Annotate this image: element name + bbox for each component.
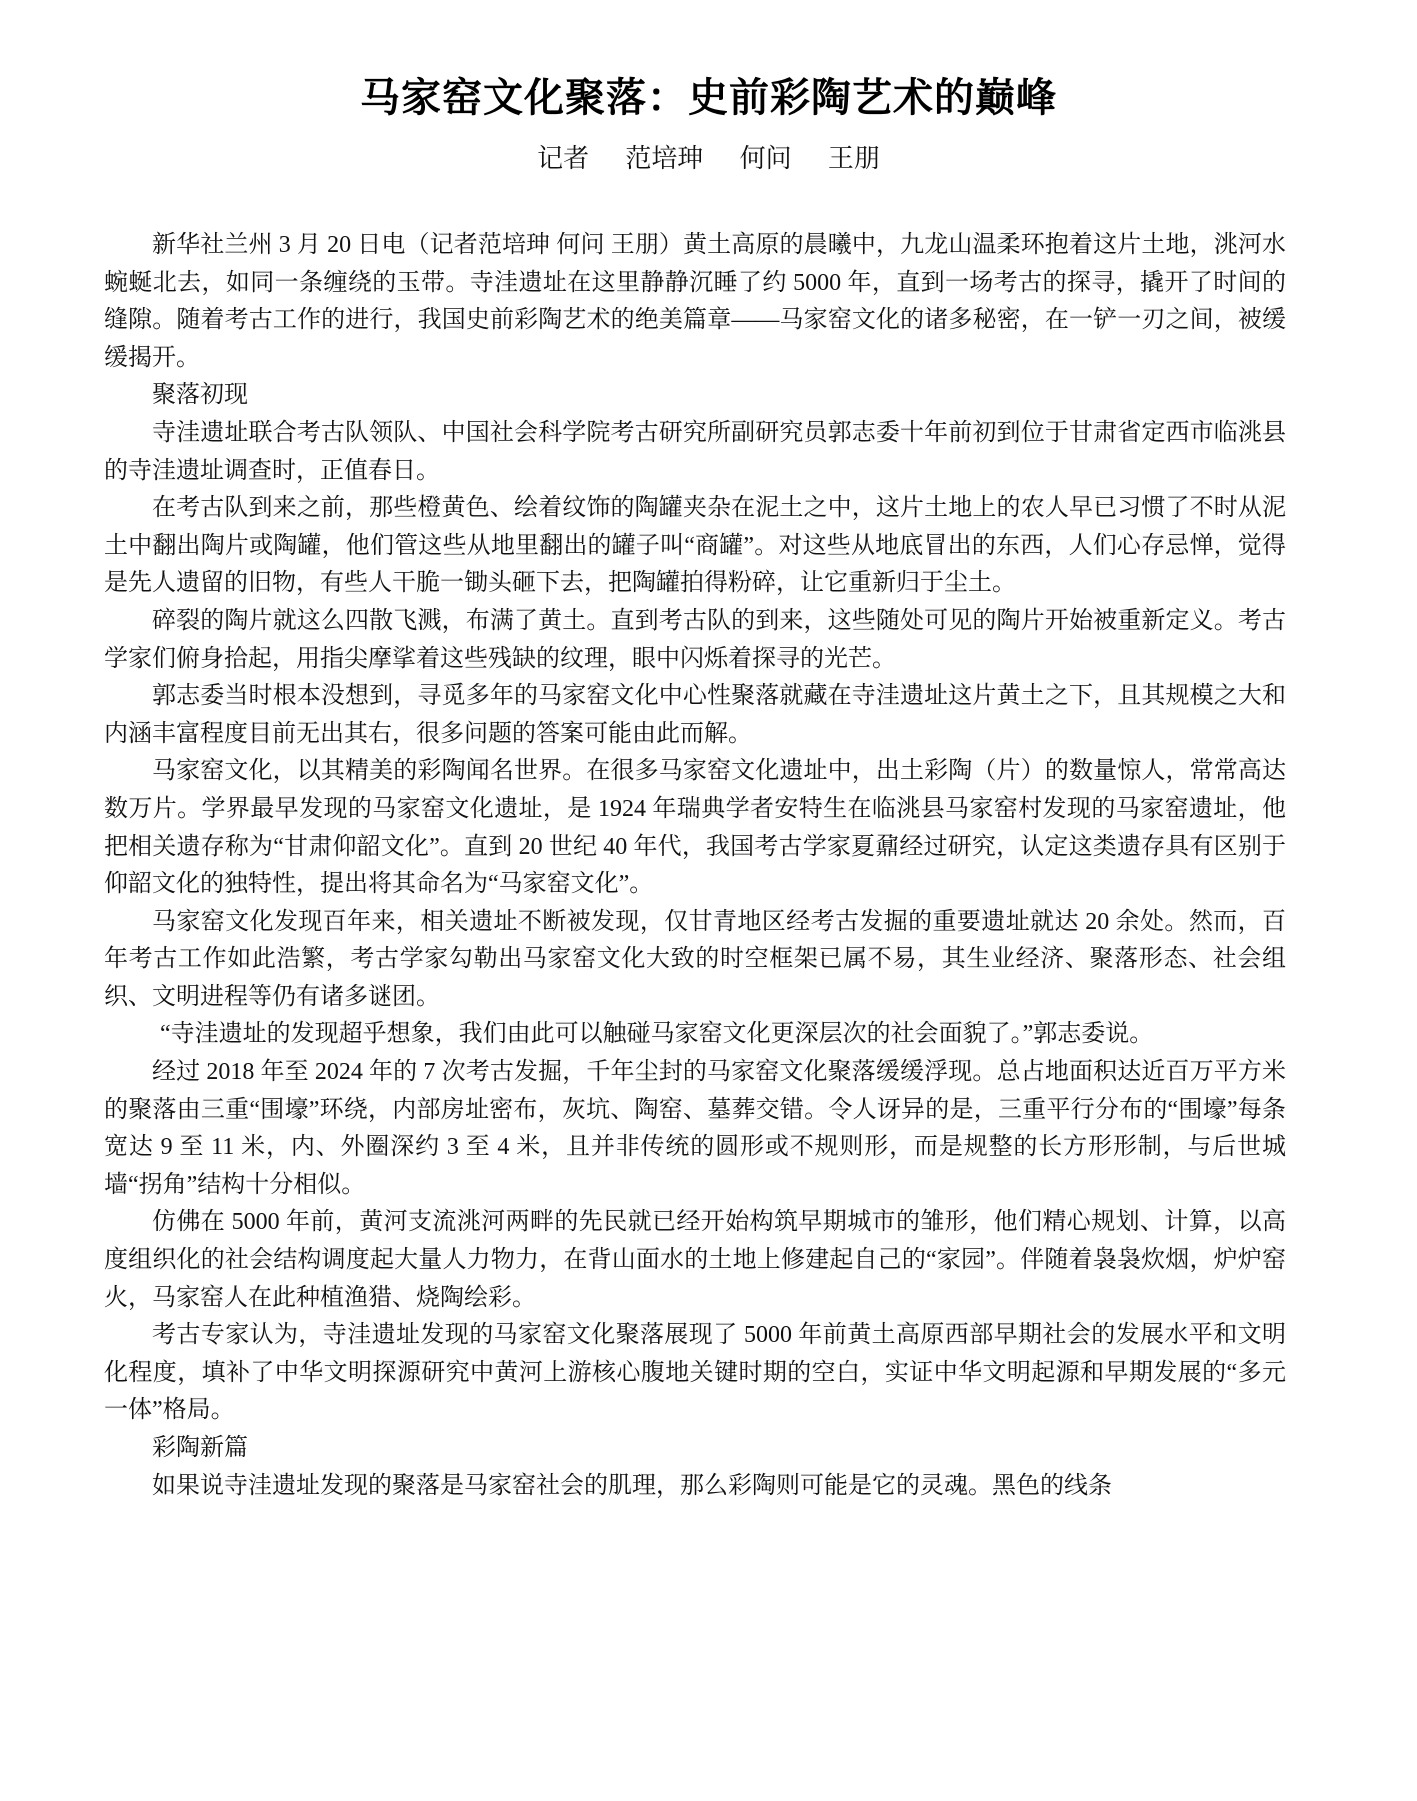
article-title: 马家窑文化聚落：史前彩陶艺术的巅峰 (0, 73, 1417, 123)
document-page: 马家窑文化聚落：史前彩陶艺术的巅峰 记者 范培珅 何问 王朋 新华社兰州 3 月… (0, 0, 1417, 1801)
paragraph: 郭志委当时根本没想到，寻觅多年的马家窑文化中心性聚落就藏在寺洼遗址这片黄土之下，… (104, 678, 1286, 753)
article-body: 新华社兰州 3 月 20 日电（记者范培珅 何问 王朋）黄土高原的晨曦中，九龙山… (104, 227, 1286, 1505)
byline-label: 记者 (537, 141, 589, 177)
paragraph: 碎裂的陶片就这么四散飞溅，布满了黄土。直到考古队的到来，这些随处可见的陶片开始被… (104, 603, 1286, 678)
paragraph: 如果说寺洼遗址发现的聚落是马家窑社会的肌理，那么彩陶则可能是它的灵魂。黑色的线条 (104, 1468, 1286, 1506)
paragraph-quote: “寺洼遗址的发现超乎想象，我们由此可以触碰马家窑文化更深层次的社会面貌了。”郭志… (104, 1016, 1286, 1054)
paragraph: 仿佛在 5000 年前，黄河支流洮河两畔的先民就已经开始构筑早期城市的雏形，他们… (104, 1204, 1286, 1317)
paragraph: 马家窑文化发现百年来，相关遗址不断被发现，仅甘青地区经考古发掘的重要遗址就达 2… (104, 904, 1286, 1017)
paragraph-lead: 新华社兰州 3 月 20 日电（记者范培珅 何问 王朋）黄土高原的晨曦中，九龙山… (104, 227, 1286, 377)
paragraph: 马家窑文化，以其精美的彩陶闻名世界。在很多马家窑文化遗址中，出土彩陶（片）的数量… (104, 753, 1286, 903)
paragraph: 寺洼遗址联合考古队领队、中国社会科学院考古研究所副研究员郭志委十年前初到位于甘肃… (104, 415, 1286, 490)
section-heading: 彩陶新篇 (104, 1430, 1286, 1468)
section-heading: 聚落初现 (104, 377, 1286, 415)
article-byline: 记者 范培珅 何问 王朋 (0, 141, 1417, 177)
byline-author: 何问 (740, 141, 792, 177)
byline-author: 范培珅 (625, 141, 703, 177)
paragraph: 考古专家认为，寺洼遗址发现的马家窑文化聚落展现了 5000 年前黄土高原西部早期… (104, 1317, 1286, 1430)
byline-author: 王朋 (828, 141, 880, 177)
paragraph: 经过 2018 年至 2024 年的 7 次考古发掘，千年尘封的马家窑文化聚落缓… (104, 1054, 1286, 1204)
paragraph: 在考古队到来之前，那些橙黄色、绘着纹饰的陶罐夹杂在泥土之中，这片土地上的农人早已… (104, 490, 1286, 603)
